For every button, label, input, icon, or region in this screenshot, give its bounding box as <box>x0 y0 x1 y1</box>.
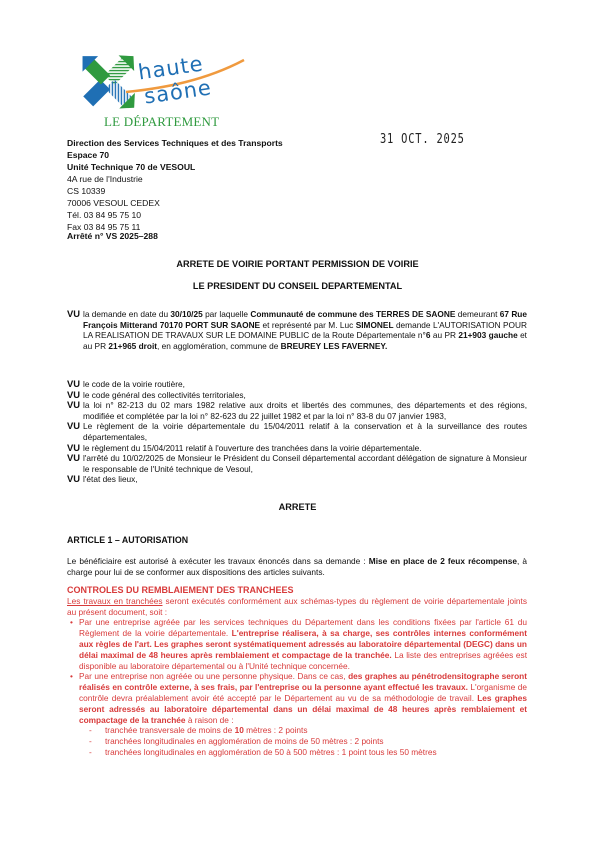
pr-left: 21+903 gauche <box>458 330 517 340</box>
text: tranchée transversale de moins de <box>105 725 235 735</box>
vu-item: VUle règlement du 15/04/2011 relatif à l… <box>67 443 527 454</box>
applicant-name: Communauté de commune des TERRES DE SAON… <box>250 309 455 319</box>
sender-address: Direction des Services Techniques et des… <box>67 137 283 233</box>
article-1-text: Le bénéficiaire est autorisé à exécuter … <box>67 556 527 578</box>
text: demeurant <box>455 309 499 319</box>
document-title: ARRETE DE VOIRIE PORTANT PERMISSION DE V… <box>0 259 595 269</box>
vu-keyword: VU <box>67 453 83 464</box>
vu-text: la loi n° 82-213 du 02 mars 1982 relativ… <box>83 400 527 421</box>
arrete-number: Arrêté n° VS 2025–288 <box>67 231 158 241</box>
vu-text: l'arrêté du 10/02/2025 de Monsieur le Pr… <box>83 453 527 474</box>
president-heading: LE PRESIDENT DU CONSEIL DEPARTEMENTAL <box>0 281 595 291</box>
trench-controls-section: CONTROLES DU REMBLAIEMENT DES TRANCHEES … <box>67 585 527 758</box>
vu-text: Le règlement de la voirie départementale… <box>83 421 527 442</box>
text: la demande en date du <box>83 309 170 319</box>
sender-unite: Unité Technique 70 de VESOUL <box>67 161 283 173</box>
vu-keyword: VU <box>67 379 83 390</box>
sender-street: 4A rue de l'Industrie <box>67 173 283 185</box>
haute-saone-logo: haute saône LE DÉPARTEMENT <box>78 52 258 132</box>
text: 10 <box>235 725 244 735</box>
vu-item: VUla loi n° 82-213 du 02 mars 1982 relat… <box>67 400 527 421</box>
controls-intro: Les travaux en tranchées seront exécutés… <box>67 596 527 618</box>
vu-text: l'état des lieux, <box>83 474 138 484</box>
vu-text: le règlement du 15/04/2011 relatif à l'o… <box>83 443 422 453</box>
vu-keyword: VU <box>67 309 83 320</box>
text: et représenté par M. Luc <box>260 320 356 330</box>
vu-item: VULe règlement de la voirie départementa… <box>67 421 527 442</box>
vu-list: VUle code de la voirie routière, VUle co… <box>67 379 527 485</box>
logo-tagline: LE DÉPARTEMENT <box>104 114 219 130</box>
text: Les travaux en tranchées <box>67 596 162 606</box>
authorized-works: Mise en place de 2 feux récompense <box>369 556 517 566</box>
sender-tel: Tél. 03 84 95 75 10 <box>67 209 283 221</box>
vu-request: VUla demande en date du 30/10/25 par laq… <box>67 309 527 351</box>
article-1-title: ARTICLE 1 – AUTORISATION <box>67 535 188 545</box>
text: Par une entreprise non agréée ou une per… <box>79 671 348 681</box>
pr-right: 21+965 droit <box>108 341 157 351</box>
document-page: haute saône LE DÉPARTEMENT Direction des… <box>0 0 595 842</box>
sender-city: 70006 VESOUL CEDEX <box>67 197 283 209</box>
text: au PR <box>430 330 458 340</box>
controls-bullet-non-agreed: Par une entreprise non agréée ou une per… <box>67 671 527 725</box>
date-stamp: 31 OCT. 2025 <box>380 132 465 147</box>
text: mètres : 2 points <box>244 725 308 735</box>
request-date: 30/10/25 <box>170 309 202 319</box>
arrete-heading: ARRETE <box>0 502 595 512</box>
list-item: tranchées longitudinales en agglomératio… <box>67 736 527 747</box>
vu-item: VUle code de la voirie routière, <box>67 379 527 390</box>
control-points-list: tranchée transversale de moins de 10 mèt… <box>67 725 527 757</box>
sender-espace: Espace 70 <box>67 149 283 161</box>
vu-item: VUl'arrêté du 10/02/2025 de Monsieur le … <box>67 453 527 474</box>
vu-item: VUl'état des lieux, <box>67 474 527 485</box>
text: , en agglomération, commune de <box>157 341 281 351</box>
text: tranchées longitudinales en agglomératio… <box>105 747 437 757</box>
vu-keyword: VU <box>67 400 83 411</box>
controls-bullet-agreed: Par une entreprise agréée par les servic… <box>67 617 527 671</box>
sender-cs: CS 10339 <box>67 185 283 197</box>
vu-text: le code de la voirie routière, <box>83 379 185 389</box>
list-item: tranchées longitudinales en agglomératio… <box>67 747 527 758</box>
text: Le bénéficiaire est autorisé à exécuter … <box>67 556 369 566</box>
controls-title: CONTROLES DU REMBLAIEMENT DES TRANCHEES <box>67 585 527 596</box>
vu-keyword: VU <box>67 421 83 432</box>
text: tranchées longitudinales en agglomératio… <box>105 736 384 746</box>
text: à raison de : <box>186 715 234 725</box>
commune-name: BREUREY LES FAVERNEY. <box>281 341 388 351</box>
list-item: tranchée transversale de moins de 10 mèt… <box>67 725 527 736</box>
vu-item-request: VUla demande en date du 30/10/25 par laq… <box>67 309 527 351</box>
vu-item: VUle code général des collectivités terr… <box>67 390 527 401</box>
representative-name: SIMONEL <box>356 320 394 330</box>
vu-text: le code général des collectivités territ… <box>83 390 246 400</box>
vu-keyword: VU <box>67 474 83 485</box>
text: par laquelle <box>203 309 251 319</box>
sender-direction: Direction des Services Techniques et des… <box>67 137 283 149</box>
